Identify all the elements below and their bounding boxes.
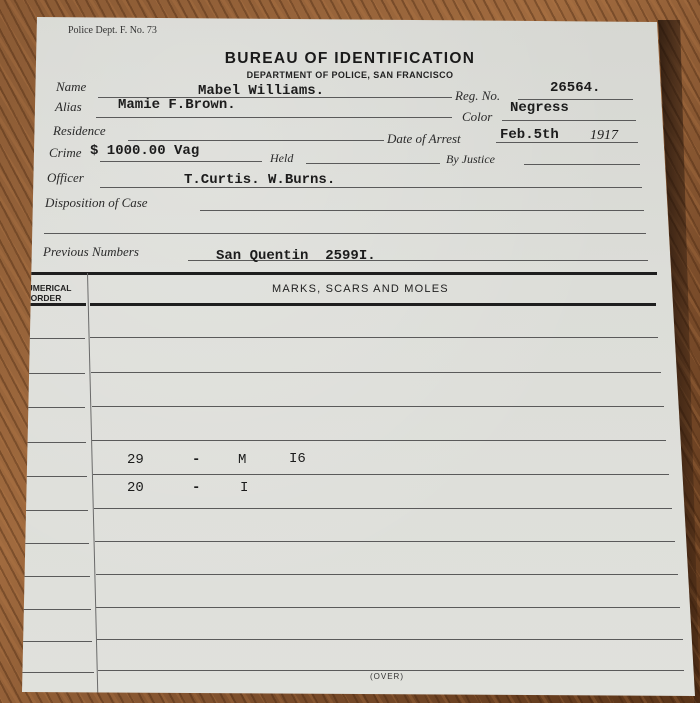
order-row-line bbox=[15, 543, 89, 544]
marks-row-line bbox=[91, 372, 661, 373]
marks-header: MARKS, SCARS AND MOLES bbox=[272, 283, 449, 295]
order-row-line bbox=[16, 576, 90, 577]
entry-1-dash: - bbox=[192, 452, 200, 468]
disposition-line-2 bbox=[44, 233, 646, 234]
entry-1-code: M bbox=[238, 452, 246, 468]
alias-value: Mamie F.Brown. bbox=[118, 97, 236, 113]
marks-row-line bbox=[93, 474, 669, 475]
over-note: (OVER) bbox=[370, 672, 404, 681]
date-year-value: 1917 bbox=[590, 128, 618, 144]
entry-1-detail: I6 bbox=[289, 451, 306, 467]
color-line bbox=[502, 120, 636, 121]
reg-no-label: Reg. No. bbox=[455, 88, 500, 104]
residence-line bbox=[128, 140, 384, 141]
marks-row-line bbox=[94, 508, 672, 509]
crime-label: Crime bbox=[49, 145, 82, 161]
order-row-line bbox=[13, 338, 85, 339]
marks-row-line bbox=[90, 337, 658, 338]
order-row-line bbox=[13, 407, 85, 408]
previous-numbers-label: Previous Numbers bbox=[43, 244, 139, 260]
alias-line bbox=[96, 117, 452, 118]
order-header-rule bbox=[14, 303, 86, 306]
marks-row-line bbox=[98, 670, 684, 671]
marks-row-line bbox=[95, 541, 675, 542]
numerical-order-header: NUMERICAL ORDER bbox=[14, 283, 78, 303]
name-label: Name bbox=[56, 79, 86, 95]
table-top-rule bbox=[10, 272, 657, 275]
form-number: Police Dept. F. No. 73 bbox=[68, 25, 157, 36]
date-of-arrest-value: Feb.5th bbox=[500, 127, 559, 143]
entry-1-number: 29 bbox=[127, 452, 144, 468]
held-line bbox=[306, 163, 440, 164]
column-divider bbox=[87, 273, 99, 693]
date-of-arrest-label: Date of Arrest bbox=[387, 131, 461, 147]
order-row-line bbox=[18, 641, 92, 642]
order-row-line bbox=[14, 476, 87, 477]
color-label: Color bbox=[462, 109, 492, 125]
color-value: Negress bbox=[510, 100, 569, 116]
disposition-label: Disposition of Case bbox=[45, 195, 148, 211]
officer-value: T.Curtis. W.Burns. bbox=[184, 172, 335, 188]
entry-2-dash: - bbox=[192, 480, 200, 496]
marks-header-rule bbox=[90, 303, 656, 306]
by-justice-line bbox=[524, 164, 640, 165]
by-justice-label: By Justice bbox=[446, 152, 495, 167]
order-row-line bbox=[13, 442, 86, 443]
order-row-line bbox=[13, 373, 85, 374]
identification-card: Police Dept. F. No. 73 BUREAU OF IDENTIF… bbox=[0, 0, 700, 703]
order-row-line bbox=[17, 609, 91, 610]
marks-row-line bbox=[92, 440, 666, 441]
officer-line bbox=[100, 187, 642, 188]
previous-numbers-value: San Quentin 2599I. bbox=[216, 248, 376, 264]
marks-row-line bbox=[96, 574, 678, 575]
crime-line bbox=[100, 161, 262, 162]
entry-2-number: 20 bbox=[127, 480, 144, 496]
order-row-line bbox=[20, 672, 94, 673]
card-title: BUREAU OF IDENTIFICATION bbox=[0, 50, 700, 68]
marks-row-line bbox=[97, 639, 683, 640]
entry-2-code: I bbox=[240, 480, 248, 496]
disposition-line bbox=[200, 210, 644, 211]
reg-no-value: 26564. bbox=[550, 80, 600, 96]
marks-row-line bbox=[96, 607, 680, 608]
card-subtitle: DEPARTMENT OF POLICE, SAN FRANCISCO bbox=[0, 70, 700, 80]
residence-label: Residence bbox=[53, 123, 106, 139]
marks-row-line bbox=[92, 406, 664, 407]
alias-label: Alias bbox=[55, 99, 82, 115]
order-row-line bbox=[14, 510, 88, 511]
held-label: Held bbox=[270, 151, 293, 166]
crime-value: $ 1000.00 Vag bbox=[90, 143, 199, 159]
officer-label: Officer bbox=[47, 170, 84, 186]
